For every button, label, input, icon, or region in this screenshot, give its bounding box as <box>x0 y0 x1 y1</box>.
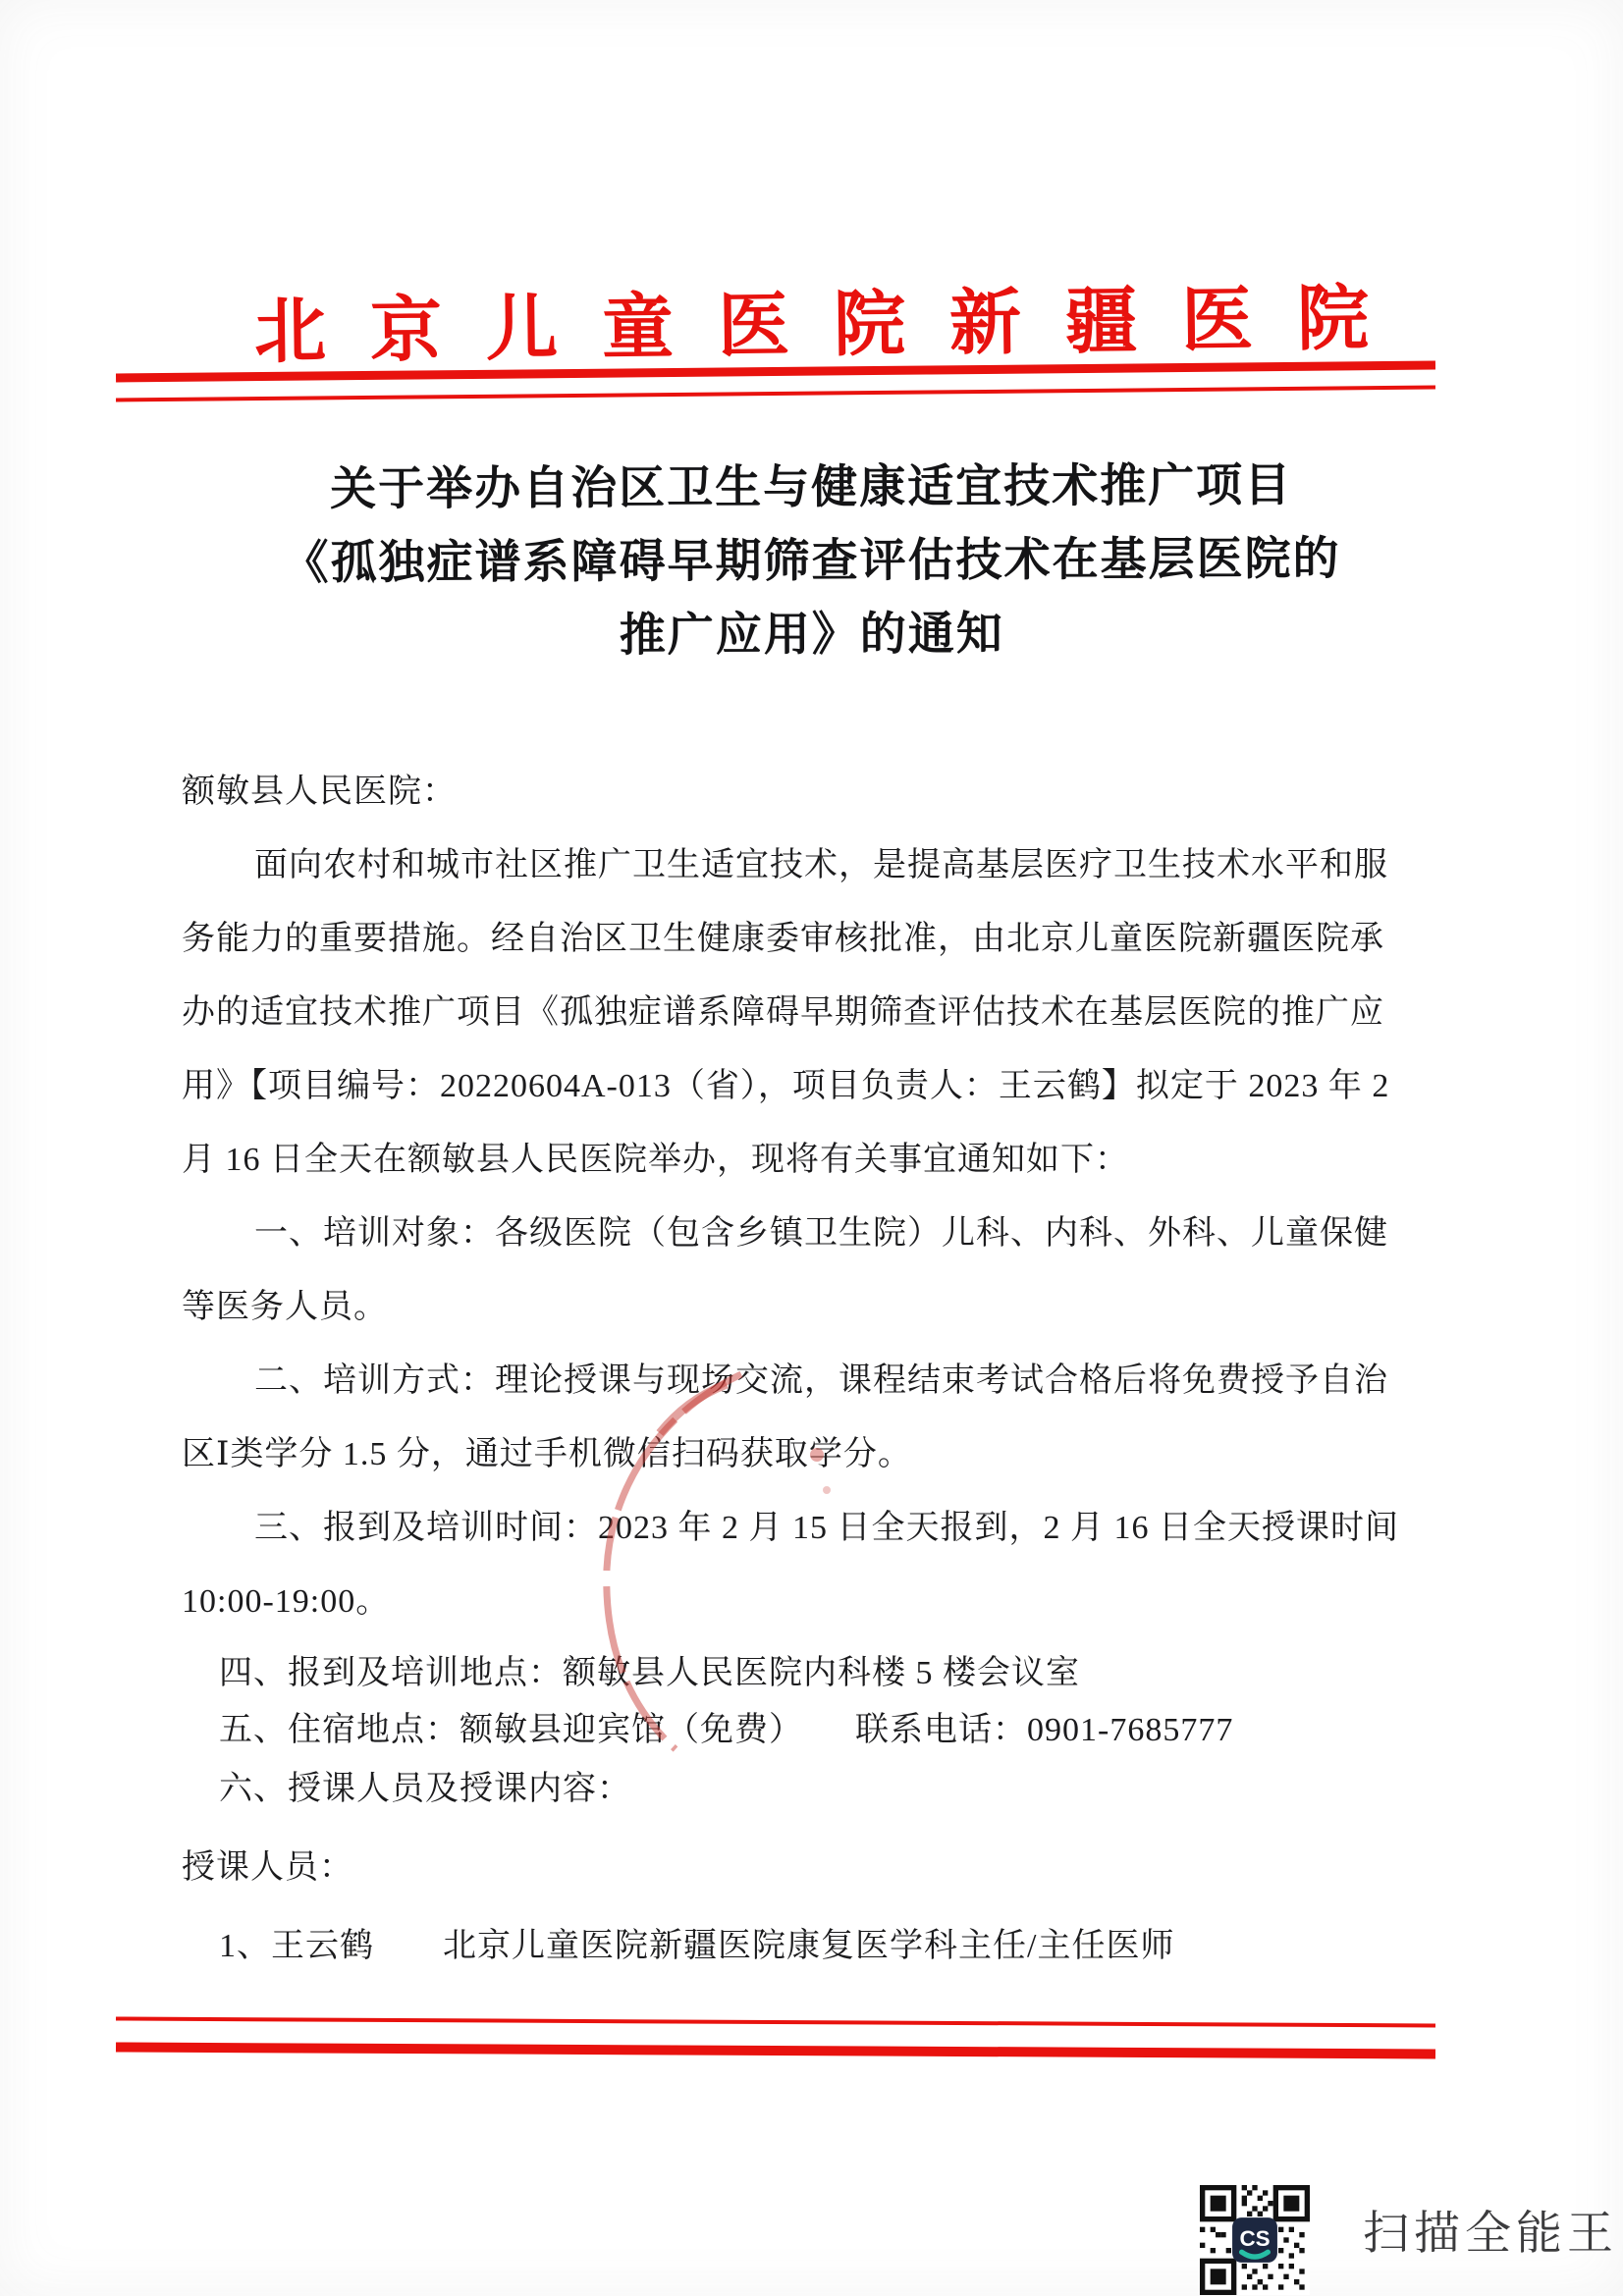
letterhead-rule-thin <box>116 386 1435 402</box>
document-title: 关于举办自治区卫生与健康适宜技术推广项目 《孤独症谱系障碍早期筛查评估技术在基层… <box>0 446 1623 673</box>
body-line-item-5: 五、住宿地点：额敏县迎宾馆（免费） 联系电话：0901-7685777 <box>182 1702 1233 1750</box>
camscanner-watermark-text: 扫描全能王 创建 <box>1363 2197 1623 2263</box>
body-line: 等医务人员。 <box>182 1279 388 1327</box>
lecturers-heading: 授课人员： <box>182 1840 353 1888</box>
document-title-line3: 推广应用》的通知 <box>0 593 1623 673</box>
scanned-notice-page: 北京儿童医院新疆医院 关于举办自治区卫生与健康适宜技术推广项目 《孤独症谱系障碍… <box>0 0 1623 2296</box>
body-line: 务能力的重要措施。经自治区卫生健康委审核批准，由北京儿童医院新疆医院承 <box>182 911 1384 959</box>
salutation: 额敏县人民医院： <box>182 764 457 812</box>
footer-rule-thick <box>116 2042 1435 2058</box>
body-line: 办的适宜技术推广项目《孤独症谱系障碍早期筛查评估技术在基层医院的推广应 <box>182 985 1384 1033</box>
body-line-item-3: 三、报到及培训时间：2023 年 2 月 15 日全天报到，2 月 16 日全天… <box>182 1500 1399 1548</box>
body-line-item-2: 二、培训方式：理论授课与现场交流，课程结束考试合格后将免费授予自治 <box>182 1353 1388 1401</box>
camscanner-qr-code-icon: CS <box>1200 2185 1310 2296</box>
body-line-item-6: 六、授课人员及授课内容： <box>182 1761 631 1809</box>
body-line-item-1: 一、培训对象：各级医院（包含乡镇卫生院）儿科、内科、外科、儿童保健 <box>182 1205 1388 1254</box>
body-line: 10:00-19:00。 <box>182 1574 390 1622</box>
body-line-item-4: 四、报到及培训地点：额敏县人民医院内科楼 5 楼会议室 <box>182 1645 1080 1693</box>
camscanner-logo-text: CS <box>1239 2226 1270 2251</box>
body-line: 面向农村和城市社区推广卫生适宜技术，是提高基层医疗卫生技术水平和服 <box>182 837 1388 885</box>
lecturer-entry-1: 1、王云鹤 北京儿童医院新疆医院康复医学科主任/主任医师 <box>182 1918 1174 1966</box>
body-line: 月 16 日全天在额敏县人民医院举办，现将有关事宜通知如下： <box>182 1132 1129 1180</box>
body-line: 用》【项目编号：20220604A-013（省），项目负责人：王云鹤】拟定于 2… <box>182 1058 1389 1106</box>
official-seal-stamp <box>530 1362 854 1760</box>
document-title-line2: 《孤独症谱系障碍早期筛查评估技术在基层医院的 <box>0 519 1623 600</box>
footer-rule-thin <box>116 2016 1435 2027</box>
document-title-line1: 关于举办自治区卫生与健康适宜技术推广项目 <box>0 446 1623 526</box>
body-line: 区Ⅰ类学分 1.5 分，通过手机微信扫码获取学分。 <box>182 1426 912 1474</box>
